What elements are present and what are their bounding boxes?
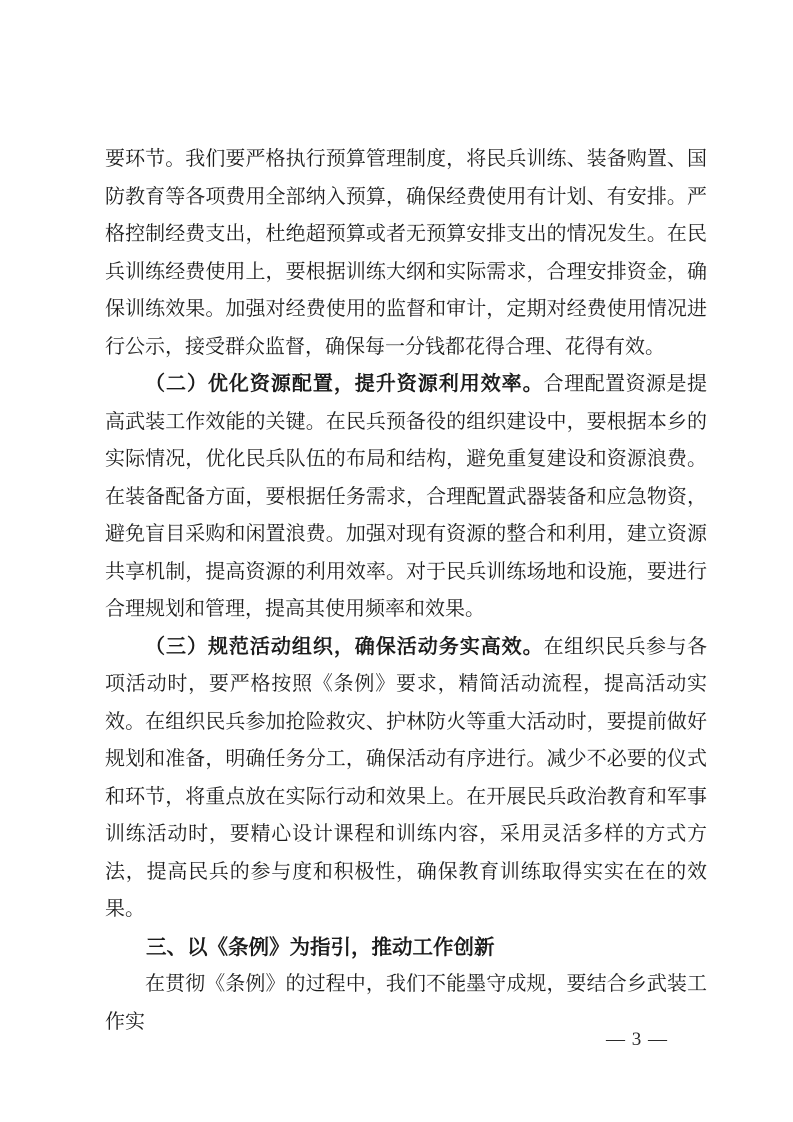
document-page: 要环节。我们要严格执行预算管理制度，将民兵训练、装备购置、国防教育等各项费用全部…: [0, 0, 793, 1122]
paragraph-activity-organization: （三）规范活动组织，确保活动务实高效。在组织民兵参与各项活动时，要严格按照《条例…: [105, 629, 707, 929]
paragraph-budget-management: 要环节。我们要严格执行预算管理制度，将民兵训练、装备购置、国防教育等各项费用全部…: [105, 141, 707, 366]
document-body: 要环节。我们要严格执行预算管理制度，将民兵训练、装备购置、国防教育等各项费用全部…: [105, 141, 707, 1041]
page-number: — 3 —: [606, 1028, 668, 1052]
section-heading-three: 三、以《条例》为指引，推动工作创新: [105, 929, 707, 967]
paragraph-resource-allocation: （二）优化资源配置，提升资源利用效率。合理配置资源是提高武装工作效能的关键。在民…: [105, 366, 707, 629]
paragraph-resource-allocation-lead: （二）优化资源配置，提升资源利用效率。: [145, 373, 544, 395]
paragraph-activity-organization-lead: （三）规范活动组织，确保活动务实高效。: [145, 636, 544, 658]
paragraph-resource-allocation-text: 合理配置资源是提高武装工作效能的关键。在民兵预备役的组织建设中，要根据本乡的实际…: [105, 373, 707, 620]
paragraph-activity-organization-text: 在组织民兵参与各项活动时，要严格按照《条例》要求，精简活动流程，提高活动实效。在…: [105, 636, 707, 921]
